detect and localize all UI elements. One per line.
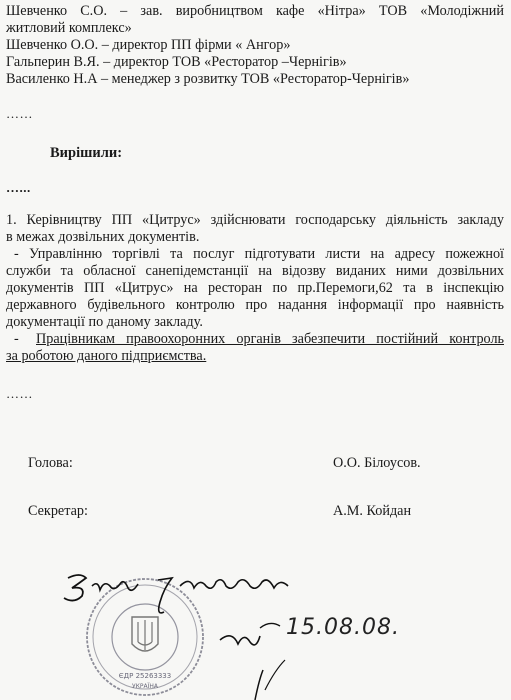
decided-heading: Вирішили:: [50, 145, 122, 162]
chair-name: О.О. Білоусов.: [333, 455, 421, 472]
ellipsis-3: ……: [6, 386, 33, 402]
decision-item-2-line-1: - Управлінню торгівлі та послуг підготув…: [6, 246, 504, 263]
decision-item-3: Працівникам правоохоронних органів забез…: [36, 331, 504, 348]
document-page: Шевченко С.О. – зав. виробництвом кафе «…: [0, 0, 511, 700]
handwritten-certification-icon: [60, 568, 360, 658]
participant-1-line-1: Шевченко С.О. – зав. виробництвом кафе «…: [6, 3, 504, 20]
svg-text:УКРАЇНА: УКРАЇНА: [132, 683, 159, 690]
participant-1-line-2: житловий комплекс»: [6, 20, 132, 37]
decision-item-1: 1. Керівництву ПП «Цитрус» здійснювати г…: [6, 212, 504, 229]
decision-item-2-line-5: документації по даному закладу.: [6, 314, 504, 331]
decision-item-1-line-1: 1. Керівництву ПП «Цитрус» здійснювати г…: [6, 212, 504, 229]
participant-3: Гальперин В.Я. – директор ТОВ «Ресторато…: [6, 54, 347, 71]
decision-item-2-line-3: документів ПП «Цитрус» на ресторан по пр…: [6, 280, 504, 297]
svg-text:ЄДР 25263333: ЄДР 25263333: [119, 672, 171, 680]
decision-item-2-line-4: державного будівельного контролю про над…: [6, 297, 504, 314]
decision-item-3-dash: -: [14, 331, 19, 348]
secretary-name: А.М. Койдан: [333, 503, 411, 520]
decision-item-3-line-1: Працівникам правоохоронних органів забез…: [36, 331, 504, 348]
secretary-label: Секретар:: [28, 503, 88, 520]
participant-2: Шевченко О.О. – директор ПП фірми « Анго…: [6, 37, 290, 54]
decision-item-1-line-2: в межах дозвільних документів.: [6, 229, 199, 246]
participant-1: Шевченко С.О. – зав. виробництвом кафе «…: [6, 3, 504, 20]
ellipsis-1: ……: [6, 106, 33, 122]
handwritten-date: 15.08.08.: [286, 615, 400, 640]
chair-label: Голова:: [28, 455, 73, 472]
participant-4: Василенко Н.А – менеджер з розвитку ТОВ …: [6, 71, 409, 88]
decision-item-2-line-2: служби та обласної санепідемстанції на в…: [6, 263, 504, 280]
decision-item-2: - Управлінню торгівлі та послуг підготув…: [6, 246, 504, 331]
signature-icon: [225, 640, 305, 700]
decision-item-3-line-2: за роботою даного підприємства.: [6, 348, 206, 365]
ellipsis-2: …...: [6, 180, 31, 196]
